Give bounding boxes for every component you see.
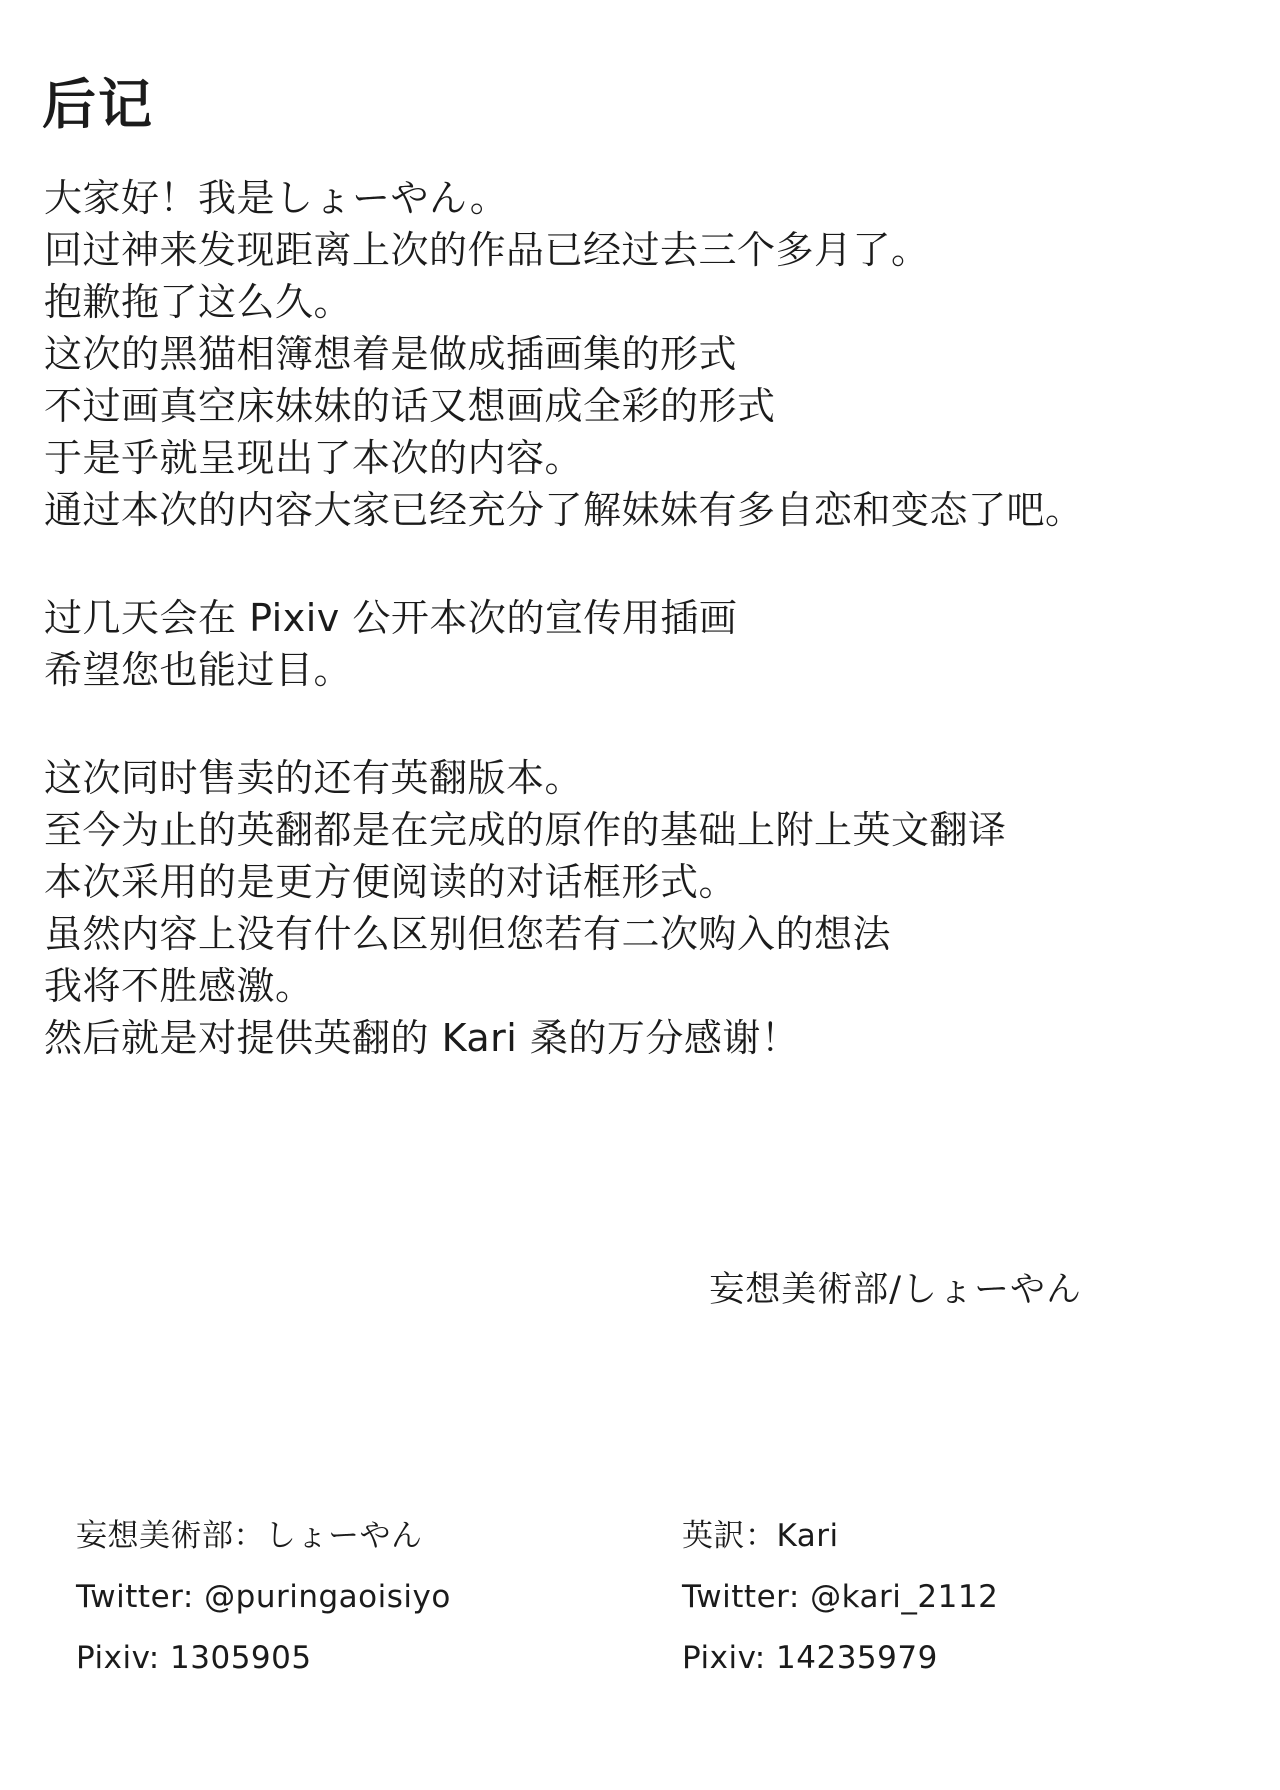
page-title: 后记: [42, 62, 154, 139]
afterword-line: 虽然内容上没有什么区别但您若有二次购入的想法: [44, 908, 1250, 960]
afterword-line: 然后就是对提供英翻的 Kari 桑的万分感谢！: [44, 1012, 1250, 1064]
author-twitter-handle: Twitter: @puringaoisiyo: [76, 1567, 451, 1628]
credits-translator: 英訳：Kari Twitter: @kari_2112 Pixiv: 14235…: [682, 1506, 998, 1689]
author-signature: 妄想美術部/しょーやん: [709, 1262, 1082, 1312]
afterword-line: 这次同时售卖的还有英翻版本。: [44, 752, 1250, 804]
credits-author: 妄想美術部：しょーやん Twitter: @puringaoisiyo Pixi…: [76, 1506, 451, 1689]
afterword-line: 回过神来发现距离上次的作品已经过去三个多月了。: [44, 224, 1250, 276]
translator-pixiv-id: Pixiv: 14235979: [682, 1628, 998, 1689]
afterword-line: 希望您也能过目。: [44, 644, 1250, 696]
afterword-line: 抱歉拖了这么久。: [44, 276, 1250, 328]
afterword-line: 至今为止的英翻都是在完成的原作的基础上附上英文翻译: [44, 804, 1250, 856]
translator-twitter-handle: Twitter: @kari_2112: [682, 1567, 998, 1628]
afterword-line: 通过本次的内容大家已经充分了解妹妹有多自恋和变态了吧。: [44, 484, 1250, 536]
afterword-line: 于是乎就呈现出了本次的内容。: [44, 432, 1250, 484]
paragraph-greeting: 大家好！我是しょーやん。 回过神来发现距离上次的作品已经过去三个多月了。 抱歉拖…: [44, 172, 1250, 536]
afterword-line: 我将不胜感激。: [44, 960, 1250, 1012]
afterword-line: 过几天会在 Pixiv 公开本次的宣传用插画: [44, 592, 1250, 644]
paragraph-english-version: 这次同时售卖的还有英翻版本。 至今为止的英翻都是在完成的原作的基础上附上英文翻译…: [44, 752, 1250, 1064]
afterword-line: 不过画真空床妹妹的话又想画成全彩的形式: [44, 380, 1250, 432]
afterword-line: 这次的黑猫相簿想着是做成插画集的形式: [44, 328, 1250, 380]
afterword-page: 后记 大家好！我是しょーやん。 回过神来发现距离上次的作品已经过去三个多月了。 …: [0, 0, 1280, 1790]
translator-name: 英訳：Kari: [682, 1506, 998, 1567]
author-pixiv-id: Pixiv: 1305905: [76, 1628, 451, 1689]
afterword-line: 本次采用的是更方便阅读的对话框形式。: [44, 856, 1250, 908]
afterword-line: 大家好！我是しょーやん。: [44, 172, 1250, 224]
paragraph-pixiv-announcement: 过几天会在 Pixiv 公开本次的宣传用插画 希望您也能过目。: [44, 592, 1250, 696]
author-circle-name: 妄想美術部：しょーやん: [76, 1506, 451, 1567]
